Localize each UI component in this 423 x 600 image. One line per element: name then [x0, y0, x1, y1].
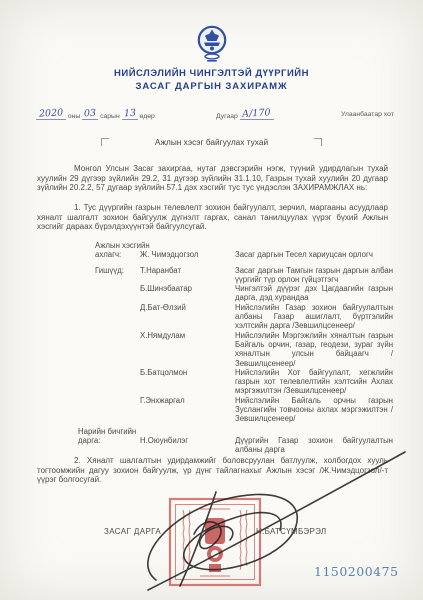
member-name: Х.Нямдулам	[140, 331, 235, 340]
preamble-paragraph: Монгол Улсын Засаг захиргаа, нутаг дэвсг…	[37, 164, 388, 193]
member-name: Б.Шинэбаатар	[140, 284, 235, 293]
member-role: Засаг даргын Тамгын газрын даргын албан …	[235, 266, 393, 285]
member-role: Нийслэлийн Байгаль орчны газрын Зусланги…	[235, 396, 393, 424]
head-label-line2: ахлагч:	[95, 250, 140, 259]
date-line: 2020 оны 03 сарын 13 өдөр Дугаар А/170 У…	[0, 103, 423, 123]
member-row: Д.Бат-Өлзий Нийслэлийн Газар зохион байг…	[95, 303, 395, 331]
month-value: 03	[84, 109, 97, 119]
day-label: өдөр	[139, 113, 154, 120]
city-label: Улаанбаатар хот	[341, 111, 394, 118]
month-label: сарын	[100, 113, 120, 120]
year-value: 2020	[39, 108, 64, 118]
head-role: Засаг даргын Тесел хариуцсан орлогч	[235, 250, 393, 259]
secretary-role: Дүүргийн Газар зохион байгуулалтын албан…	[235, 436, 393, 455]
doc-number-blank: А/170	[240, 109, 274, 120]
member-row: Х.Нямдулам Нийслэлийн Мэргэжлийн хяналты…	[95, 331, 395, 368]
governor-title: ЗАСАГ ДАРГА	[104, 527, 161, 536]
day-blank: 13	[122, 109, 138, 120]
letterhead-org-name: НИЙСЛЭЛИЙН ЧИНГЭЛТЭЙ ДҮҮРГИЙН	[0, 68, 423, 79]
document-title: Ажлын хэсэг байгуулах тухай	[155, 137, 268, 147]
month-blank: 03	[82, 109, 98, 120]
clause-1-paragraph: 1. Тус дүүргийн газрын телевлелт зохион …	[37, 203, 388, 232]
serial-number: 1150200475	[314, 564, 399, 579]
decree-document-page: НИЙСЛЭЛИЙН ЧИНГЭЛТЭЙ ДҮҮРГИЙН ЗАСАГ ДАРГ…	[0, 0, 423, 600]
document-title-row: Ажлын хэсэг байгуулах тухай	[0, 137, 423, 147]
member-row: Г.Энхжаргал Нийслэлийн Байгаль орчны газ…	[95, 396, 395, 424]
letterhead-doc-type: ЗАСАГ ДАРГЫН ЗАХИРАМЖ	[0, 81, 423, 92]
member-name: Г.Энхжаргал	[140, 396, 235, 405]
secretary-row: дарга: Н.Оюунбилэг Дүүргийн Газар зохион…	[95, 436, 395, 455]
official-stamp-icon	[167, 496, 265, 595]
title-corner-right-icon	[314, 138, 322, 146]
doc-number-field: Дугаар А/170	[216, 109, 274, 120]
member-role: Чингэлтэй дүүрэг дэх Цагдаагийн газрын д…	[235, 284, 393, 303]
member-name: Т.Наранбат	[140, 266, 235, 275]
clause-2-paragraph: 2. Хяналт шалгалтын удирдамжийг боловсру…	[37, 456, 388, 485]
member-role: Нийслэлийн Хот байгуулалт, хегжлийн газр…	[235, 368, 393, 396]
year-blank: 2020	[36, 109, 66, 120]
district-emblem-icon	[190, 23, 234, 70]
member-role: Нийслэлийн Мэргэжлийн хяналтын газрын Ба…	[235, 331, 393, 368]
doc-number-label: Дугаар	[216, 113, 238, 120]
members-label: Гишүүд:	[95, 266, 140, 275]
member-row: Б.Батцолмон Нийслэлийн Хот байгуулалт, х…	[95, 368, 395, 396]
head-row: ахлагч: Ж. Чимэдцогзол Засаг даргын Тесе…	[95, 250, 395, 259]
member-name: Д.Бат-Өлзий	[140, 303, 235, 312]
date-fields: 2020 оны 03 сарын 13 өдөр	[36, 109, 155, 120]
year-label: оны	[68, 113, 80, 120]
member-name: Б.Батцолмон	[140, 368, 235, 377]
secretary-label-line1: Нарийн бичгийн	[78, 427, 395, 436]
letterhead: НИЙСЛЭЛИЙН ЧИНГЭЛТЭЙ ДҮҮРГИЙН ЗАСАГ ДАРГ…	[0, 68, 423, 92]
head-label-line1: Ажлын хэсгийн	[95, 241, 395, 250]
day-value: 13	[123, 109, 136, 119]
working-group-list: Ажлын хэсгийн ахлагч: Ж. Чимэдцогзол Зас…	[95, 241, 395, 455]
member-row: Б.Шинэбаатар Чингэлтэй дүүрэг дэх Цагдаа…	[95, 284, 395, 303]
title-corner-left-icon	[101, 138, 109, 146]
member-role: Нийслэлийн Газар зохион байгуулалтын алб…	[235, 303, 393, 331]
doc-number-value: А/170	[242, 108, 271, 118]
member-row: Гишүүд: Т.Наранбат Засаг даргын Тамгын г…	[95, 266, 395, 285]
secretary-name: Н.Оюунбилэг	[140, 436, 235, 445]
secretary-label-line2: дарга:	[78, 436, 140, 445]
head-name: Ж. Чимэдцогзол	[140, 250, 235, 259]
governor-name: Н.БАТСҮМБЭРЭЛ	[256, 527, 326, 536]
